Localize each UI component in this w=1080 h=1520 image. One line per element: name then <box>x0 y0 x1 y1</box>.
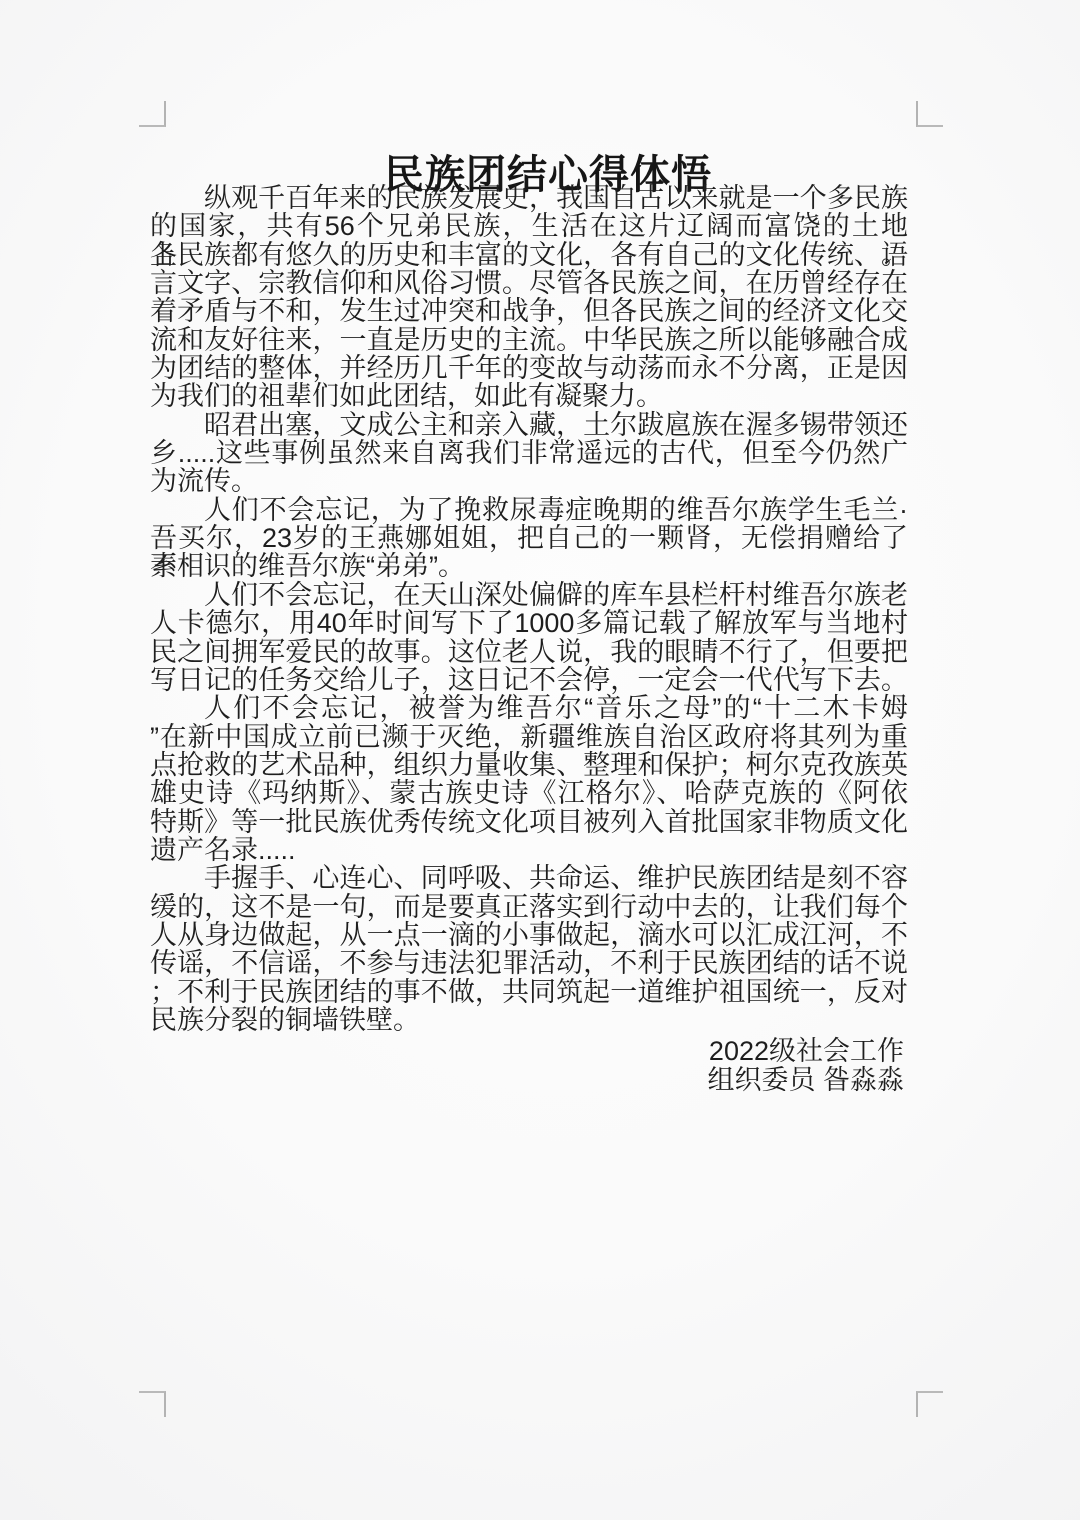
paragraph-line: 人们不会忘记，在天山深处偏僻的库车县栏杆村维吾尔族老 <box>150 581 908 609</box>
paragraph-line: 不相识的维吾尔族“弟弟”。 <box>150 552 908 580</box>
paragraph-line: 手握手、心连心、同呼吸、共命运、维护民族团结是刻不容 <box>150 864 908 892</box>
paragraph-line: 的国家，共有56个兄弟民族，生活在这片辽阔而富饶的土地上。 <box>150 212 908 240</box>
paragraph-line: 为团结的整体，并经历几千年的变故与动荡而永不分离，正是因 <box>150 354 908 382</box>
document-page: 民族团结心得体悟 纵观千百年来的民族发展史，我国自古以来就是一个多民族 的国家，… <box>0 0 1080 1520</box>
paragraph-line: ；不利于民族团结的事不做，共同筑起一道维护祖国统一，反对 <box>150 978 908 1006</box>
paragraph-line: 民之间拥军爱民的故事。这位老人说，我的眼睛不行了，但要把 <box>150 638 908 666</box>
paragraph-line: 各民族都有悠久的历史和丰富的文化，各有自己的文化传统、语 <box>150 241 908 269</box>
paragraph-line: 昭君出塞，文成公主和亲入藏，土尔跋扈族在渥多锡带领还 <box>150 411 908 439</box>
signature-block: 2022级社会工作 组织委员 昝淼淼 <box>150 1037 908 1095</box>
paragraph-line: 吾买尔，23岁的王燕娜姐姐，把自己的一颗肾，无偿捐赠给了素 <box>150 524 908 552</box>
crop-mark-bottom-left <box>139 1391 166 1417</box>
crop-mark-top-right <box>916 101 943 127</box>
paragraph-line: 民族分裂的铜墙铁壁。 <box>150 1006 908 1034</box>
paragraph-line: 特斯》等一批民族优秀传统文化项目被列入首批国家非物质文化 <box>150 808 908 836</box>
paragraph-line: 点抢救的艺术品种，组织力量收集、整理和保护；柯尔克孜族英 <box>150 751 908 779</box>
crop-mark-bottom-right <box>916 1391 943 1417</box>
paragraph-line: 传谣，不信谣，不参与违法犯罪活动，不利于民族团结的话不说 <box>150 949 908 977</box>
document-body: 纵观千百年来的民族发展史，我国自古以来就是一个多民族 的国家，共有56个兄弟民族… <box>150 184 908 1095</box>
paragraph-line: 人卡德尔，用40年时间写下了1000多篇记载了解放军与当地村 <box>150 609 908 637</box>
signature-class-line: 2022级社会工作 <box>150 1037 908 1066</box>
paragraph-line: 雄史诗《玛纳斯》、蒙古族史诗《江格尔》、哈萨克族的《阿依 <box>150 779 908 807</box>
paragraph-line: 缓的，这不是一句，而是要真正落实到行动中去的，让我们每个 <box>150 893 908 921</box>
paragraph-line: 着矛盾与不和，发生过冲突和战争，但各民族之间的经济文化交 <box>150 297 908 325</box>
paragraph-line: 纵观千百年来的民族发展史，我国自古以来就是一个多民族 <box>150 184 908 212</box>
paragraph-line: 言文字、宗教信仰和风俗习惯。尽管各民族之间，在历曾经存在 <box>150 269 908 297</box>
paragraph-line: 遗产名录..... <box>150 836 908 864</box>
paragraph-line: 人们不会忘记，被誉为维吾尔“音乐之母”的“十二木卡姆 <box>150 694 908 722</box>
paragraph-line: 为流传。 <box>150 467 908 495</box>
paragraph-line: 乡.....这些事例虽然来自离我们非常遥远的古代，但至今仍然广 <box>150 439 908 467</box>
signature-name-line: 组织委员 昝淼淼 <box>150 1066 908 1095</box>
paragraph-line: 人们不会忘记，为了挽救尿毒症晚期的维吾尔族学生毛兰· <box>150 496 908 524</box>
paragraph-line: 人从身边做起，从一点一滴的小事做起，滴水可以汇成江河，不 <box>150 921 908 949</box>
paragraph-line: 写日记的任务交给儿子，这日记不会停，一定会一代代写下去。 <box>150 666 908 694</box>
paragraph-line: 为我们的祖辈们如此团结，如此有凝聚力。 <box>150 382 908 410</box>
paragraph-line: ”在新中国成立前已濒于灭绝，新疆维族自治区政府将其列为重 <box>150 723 908 751</box>
paragraph-line: 流和友好往来，一直是历史的主流。中华民族之所以能够融合成 <box>150 326 908 354</box>
crop-mark-top-left <box>139 101 166 127</box>
